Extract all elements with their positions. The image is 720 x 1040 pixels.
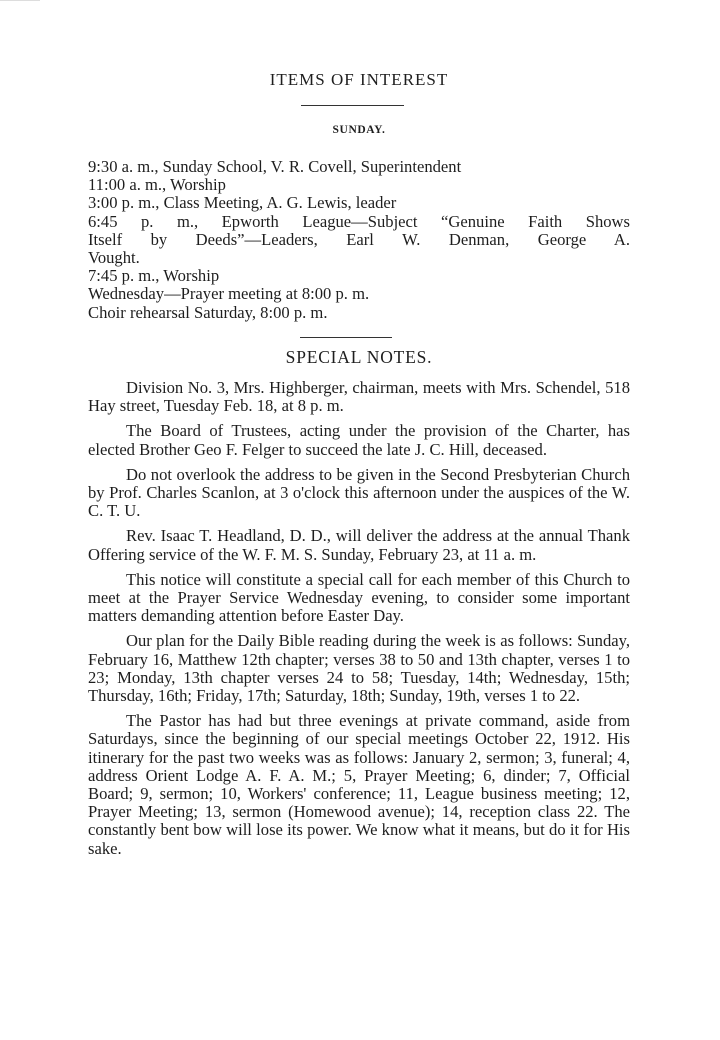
note-paragraph: Rev. Isaac T. Headland, D. D., will deli…: [88, 527, 630, 563]
schedule-line: Choir rehearsal Saturday, 8:00 p. m.: [88, 304, 630, 322]
special-notes: Division No. 3, Mrs. Highberger, chairma…: [88, 379, 630, 865]
note-paragraph: Our plan for the Daily Bible reading dur…: [88, 632, 630, 705]
note-paragraph: The Board of Trustees, acting under the …: [88, 422, 630, 458]
scan-edge-mark: [0, 0, 40, 1]
note-paragraph: This notice will constitute a special ca…: [88, 571, 630, 626]
schedule-line: 7:45 p. m., Worship: [88, 267, 630, 285]
schedule-line: 6:45 p. m., Epworth League—Subject “Genu…: [88, 213, 630, 231]
schedule-line: 9:30 a. m., Sunday School, V. R. Covell,…: [88, 158, 630, 176]
schedule-line: 11:00 a. m., Worship: [88, 176, 630, 194]
sunday-schedule: 9:30 a. m., Sunday School, V. R. Covell,…: [88, 158, 630, 322]
note-paragraph: The Pastor has had but three evenings at…: [88, 712, 630, 858]
day-heading: SUNDAY.: [88, 124, 630, 136]
schedule-line: Vought.: [88, 249, 630, 267]
page-title: ITEMS OF INTEREST: [88, 70, 630, 90]
schedule-line: Itself by Deeds”—Leaders, Earl W. Denman…: [88, 231, 630, 249]
note-paragraph: Division No. 3, Mrs. Highberger, chairma…: [88, 379, 630, 415]
schedule-line: Wednesday—Prayer meeting at 8:00 p. m.: [88, 285, 630, 303]
section-divider: [300, 337, 392, 338]
note-paragraph: Do not overlook the address to be given …: [88, 466, 630, 521]
schedule-line: 3:00 p. m., Class Meeting, A. G. Lewis, …: [88, 194, 630, 212]
title-divider: [301, 105, 404, 106]
section-heading: SPECIAL NOTES.: [88, 347, 630, 368]
